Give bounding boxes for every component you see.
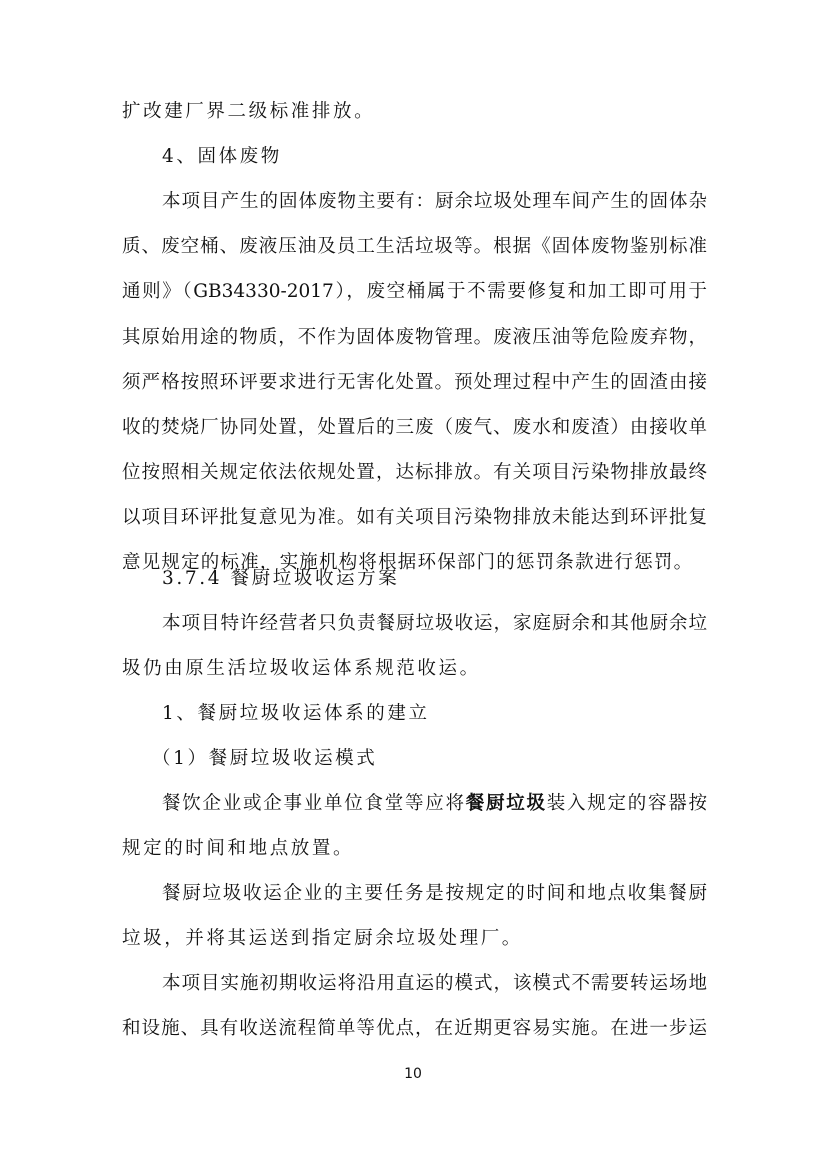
text-line: 收的焚烧厂协同处置，处置后的三废（废气、废水和废渣）由接收单 [122, 416, 707, 440]
text-line: 本项目特许经营者只负责餐厨垃圾收运，家庭厨余和其他厨余垃 [162, 612, 707, 636]
text-line-mixed: 餐饮企业或企事业单位食堂等应将餐厨垃圾装入规定的容器按 [162, 792, 707, 816]
document-page: 扩改建厂界二级标准排放。 4、固体废物 本项目产生的固体废物主要有：厨余垃圾处理… [0, 0, 826, 1169]
text-line: 和设施、具有收送流程简单等优点，在近期更容易实施。在进一步运 [122, 1017, 707, 1041]
bold-term: 餐厨垃圾 [466, 793, 547, 814]
text-line: 须严格按照环评要求进行无害化处置。预处理过程中产生的固渣由接 [122, 371, 707, 395]
text-line: 位按照相关规定依法依规处置，达标排放。有关项目污染物排放最终 [122, 461, 707, 485]
text-line: 规定的时间和地点放置。 [122, 837, 707, 861]
text-span: 餐饮企业或企事业单位食堂等应将 [162, 793, 466, 814]
text-line: 其原始用途的物质，不作为固体废物管理。废液压油等危险废弃物， [122, 326, 707, 350]
section-heading: 3.7.4 餐厨垃圾收运方案 [162, 567, 707, 591]
text-line: 质、废空桶、废液压油及员工生活垃圾等。根据《固体废物鉴别标准 [122, 235, 707, 259]
text-line: 以项目环评批复意见为准。如有关项目污染物排放未能达到环评批复 [122, 506, 707, 530]
section-heading: 4、固体废物 [162, 145, 707, 169]
text-line: 圾仍由原生活垃圾收运体系规范收运。 [122, 657, 707, 681]
text-line: 本项目产生的固体废物主要有：厨余垃圾处理车间产生的固体杂 [162, 190, 707, 214]
text-span: 装入规定的容器按 [547, 793, 707, 814]
text-line: 通则》（GB34330-2017），废空桶属于不需要修复和加工即可用于 [122, 280, 707, 304]
text-line: 餐厨垃圾收运企业的主要任务是按规定的时间和地点收集餐厨 [162, 882, 707, 906]
section-heading: 1、餐厨垃圾收运体系的建立 [162, 702, 707, 726]
text-line: 垃圾，并将其运送到指定厨余垃圾处理厂。 [122, 927, 707, 951]
text-line: 本项目实施初期收运将沿用直运的模式，该模式不需要转运场地 [162, 972, 707, 996]
text-line: 扩改建厂界二级标准排放。 [122, 100, 707, 124]
page-number: 10 [0, 1066, 826, 1082]
subsection-heading: （1）餐厨垃圾收运模式 [152, 747, 697, 771]
